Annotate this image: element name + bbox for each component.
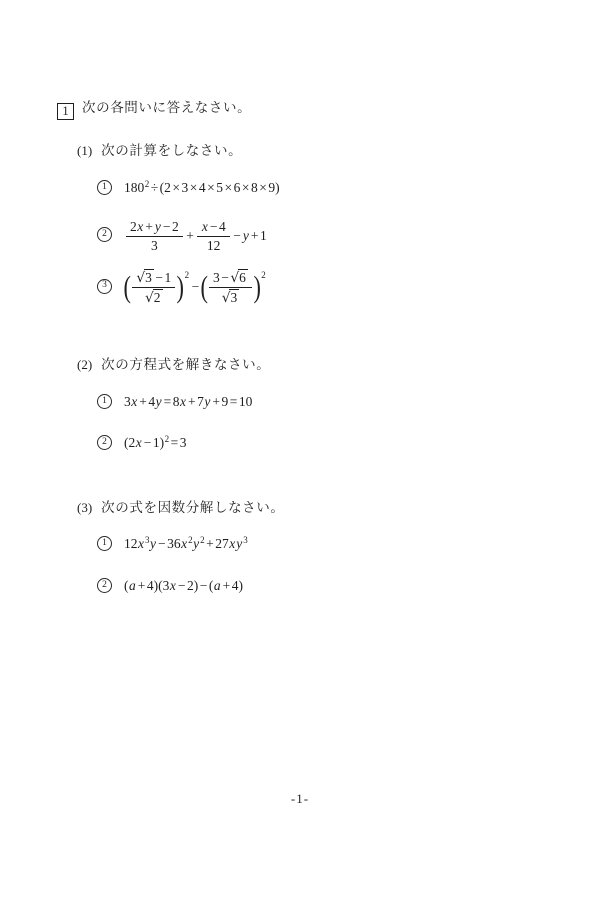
item-3-1: 112x3y−36x2y2+27xy3 bbox=[97, 535, 248, 553]
section-2-label: (2) bbox=[77, 357, 92, 372]
item-marker: 1 bbox=[97, 180, 112, 195]
operator: × bbox=[258, 180, 269, 195]
operator: − bbox=[190, 279, 201, 294]
item-1-1: 11802÷(2×3×4×5×6×8×9) bbox=[97, 179, 280, 197]
big-paren-right: ) bbox=[253, 271, 260, 304]
superscript: 2 bbox=[185, 270, 190, 280]
item-marker: 2 bbox=[97, 227, 112, 242]
math-text: 3x+4y=8x+7y+9=10 bbox=[124, 394, 252, 409]
denominator: √3 bbox=[209, 288, 252, 306]
math-expression: 1802÷(2×3×4×5×6×8×9) bbox=[124, 180, 280, 195]
math-text: −1 bbox=[154, 270, 171, 285]
radicand: 2 bbox=[153, 289, 163, 305]
math-text: 6 bbox=[239, 270, 246, 285]
operator: + bbox=[221, 578, 232, 593]
fraction: 2x+y−23 bbox=[126, 219, 183, 254]
exam-page: 1次の各問いに答えなさい。 (1)次の計算をしなさい。 11802÷(2×3×4… bbox=[0, 0, 600, 900]
math-text: 3− bbox=[213, 270, 230, 285]
operator: + bbox=[138, 394, 149, 409]
operator: = bbox=[228, 394, 239, 409]
superscript: 3 bbox=[243, 535, 248, 545]
math-text: x−4 bbox=[201, 219, 225, 234]
operator: × bbox=[188, 180, 199, 195]
square-root: √3 bbox=[136, 270, 154, 285]
section-1-label: (1) bbox=[77, 143, 92, 158]
operator: × bbox=[223, 180, 234, 195]
section-3-header: (3)次の式を因数分解しなさい。 bbox=[77, 496, 284, 517]
section-1-header: (1)次の計算をしなさい。 bbox=[77, 139, 242, 160]
math-expression: (2x−1)2=3 bbox=[124, 435, 187, 450]
operator: − bbox=[157, 536, 168, 551]
numerator: 2x+y−2 bbox=[126, 219, 183, 237]
section-3-label: (3) bbox=[77, 500, 92, 515]
problem-title: 次の各問いに答えなさい。 bbox=[82, 100, 251, 115]
operator: − bbox=[208, 219, 219, 234]
radicand: 6 bbox=[238, 269, 248, 285]
math-text: + bbox=[185, 228, 196, 243]
square-root: √6 bbox=[230, 270, 248, 285]
item-1-3: 3(√3−1√2)2−(3−√6√3)2 bbox=[97, 269, 267, 306]
math-text: 2x+y−2 bbox=[130, 219, 179, 234]
operator: + bbox=[136, 578, 147, 593]
operator: − bbox=[176, 578, 187, 593]
item-marker: 2 bbox=[97, 435, 112, 450]
operator: + bbox=[205, 536, 216, 551]
radicand: 3 bbox=[144, 269, 154, 285]
big-paren-right: ) bbox=[177, 271, 184, 304]
operator: + bbox=[144, 219, 155, 234]
math-expression: 2x+y−23+x−412−y+1 bbox=[124, 228, 267, 243]
operator: + bbox=[249, 228, 260, 243]
math-text: 3 bbox=[230, 290, 237, 305]
operator: + bbox=[187, 394, 198, 409]
item-marker: 1 bbox=[97, 394, 112, 409]
numerator: x−4 bbox=[197, 219, 229, 237]
operator: − bbox=[220, 270, 231, 285]
problem-number-box: 1 bbox=[57, 103, 74, 120]
problem-header: 1次の各問いに答えなさい。 bbox=[57, 96, 251, 120]
math-expression: 3x+4y=8x+7y+9=10 bbox=[124, 394, 252, 409]
item-marker: 3 bbox=[97, 279, 112, 294]
operator: − bbox=[161, 219, 172, 234]
math-text: y−36x bbox=[150, 536, 188, 551]
section-1-instruction: 次の計算をしなさい。 bbox=[101, 143, 242, 158]
item-marker: 1 bbox=[97, 536, 112, 551]
math-text: 3 bbox=[151, 238, 158, 253]
math-text: − bbox=[190, 279, 201, 294]
item-2-2: 2(2x−1)2=3 bbox=[97, 434, 187, 452]
numerator: √3−1 bbox=[132, 269, 175, 288]
numerator: 3−√6 bbox=[209, 269, 252, 288]
math-text: 12 bbox=[207, 238, 221, 253]
item-1-2: 22x+y−23+x−412−y+1 bbox=[97, 219, 267, 254]
radicand: 3 bbox=[229, 289, 239, 305]
operator: + bbox=[185, 228, 196, 243]
operator: − bbox=[142, 435, 153, 450]
operator: = bbox=[169, 435, 180, 450]
square-root: √2 bbox=[145, 290, 163, 305]
operator: × bbox=[171, 180, 182, 195]
math-text: ÷(2×3×4×5×6×8×9) bbox=[149, 180, 279, 195]
operator: − bbox=[154, 270, 165, 285]
operator: − bbox=[198, 578, 209, 593]
item-3-2: 2(a+4)(3x−2)−(a+4) bbox=[97, 577, 243, 595]
math-text: (a+4)(3x−2)−(a+4) bbox=[124, 578, 243, 593]
item-marker: 2 bbox=[97, 578, 112, 593]
section-3-instruction: 次の式を因数分解しなさい。 bbox=[101, 500, 284, 515]
denominator: 3 bbox=[126, 237, 183, 254]
math-text: =3 bbox=[169, 435, 186, 450]
math-text: +27xy bbox=[205, 536, 243, 551]
superscript: 2 bbox=[261, 270, 266, 280]
math-text: 2 bbox=[154, 290, 161, 305]
operator: ÷ bbox=[149, 180, 159, 195]
page-number: -1- bbox=[0, 791, 600, 807]
big-paren-left: ( bbox=[200, 271, 207, 304]
operator: − bbox=[232, 228, 243, 243]
operator: × bbox=[240, 180, 251, 195]
fraction: √3−1√2 bbox=[132, 269, 175, 306]
big-paren-left: ( bbox=[123, 271, 130, 304]
math-text: 180 bbox=[124, 180, 144, 195]
math-expression: 12x3y−36x2y2+27xy3 bbox=[124, 536, 248, 551]
fraction: 3−√6√3 bbox=[209, 269, 252, 306]
item-2-1: 13x+4y=8x+7y+9=10 bbox=[97, 393, 252, 411]
square-root: √3 bbox=[222, 290, 240, 305]
section-2-header: (2)次の方程式を解きなさい。 bbox=[77, 353, 270, 374]
math-expression: (a+4)(3x−2)−(a+4) bbox=[124, 578, 243, 593]
math-text: 12x bbox=[124, 536, 145, 551]
math-expression: (√3−1√2)2−(3−√6√3)2 bbox=[124, 279, 267, 294]
section-2-instruction: 次の方程式を解きなさい。 bbox=[101, 357, 270, 372]
operator: × bbox=[206, 180, 217, 195]
fraction: x−412 bbox=[197, 219, 229, 254]
math-text: 3 bbox=[145, 270, 152, 285]
operator: + bbox=[211, 394, 222, 409]
denominator: 12 bbox=[197, 237, 229, 254]
math-text: −y+1 bbox=[232, 228, 267, 243]
denominator: √2 bbox=[132, 288, 175, 306]
math-text: (2x−1) bbox=[124, 435, 164, 450]
operator: = bbox=[162, 394, 173, 409]
math-text: y bbox=[193, 536, 200, 551]
